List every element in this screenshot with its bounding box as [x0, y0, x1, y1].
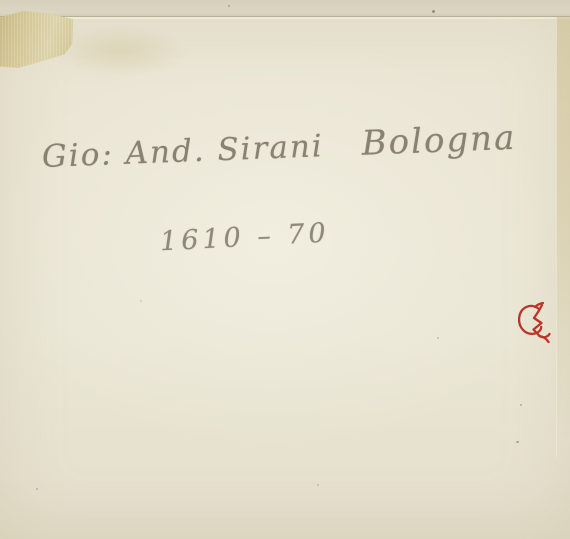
handwritten-inscription: Gio: And. SiraniBologna 1610 – 70: [42, 136, 512, 176]
foxing-speck: [140, 300, 142, 302]
foxing-speck: [520, 404, 522, 406]
inscription-artist: Gio: And. Sirani: [41, 128, 324, 175]
foxing-speck: [432, 10, 435, 13]
foxing-speck: [36, 488, 38, 490]
inscription-line1: Gio: And. SiraniBologna: [41, 118, 512, 176]
red-collector-stamp-icon: [514, 299, 551, 343]
foxing-speck: [516, 441, 519, 443]
inscription-dates: 1610 – 70: [159, 218, 330, 258]
foxing-speck: [317, 484, 319, 486]
paper-right-edge: [556, 17, 570, 457]
paper-top-edge: [0, 0, 570, 17]
foxing-speck: [228, 5, 230, 7]
drawing-verso-photo: Gio: And. SiraniBologna 1610 – 70: [0, 0, 570, 539]
foxing-speck: [437, 337, 439, 339]
inscription-place: Bologna: [361, 118, 517, 164]
